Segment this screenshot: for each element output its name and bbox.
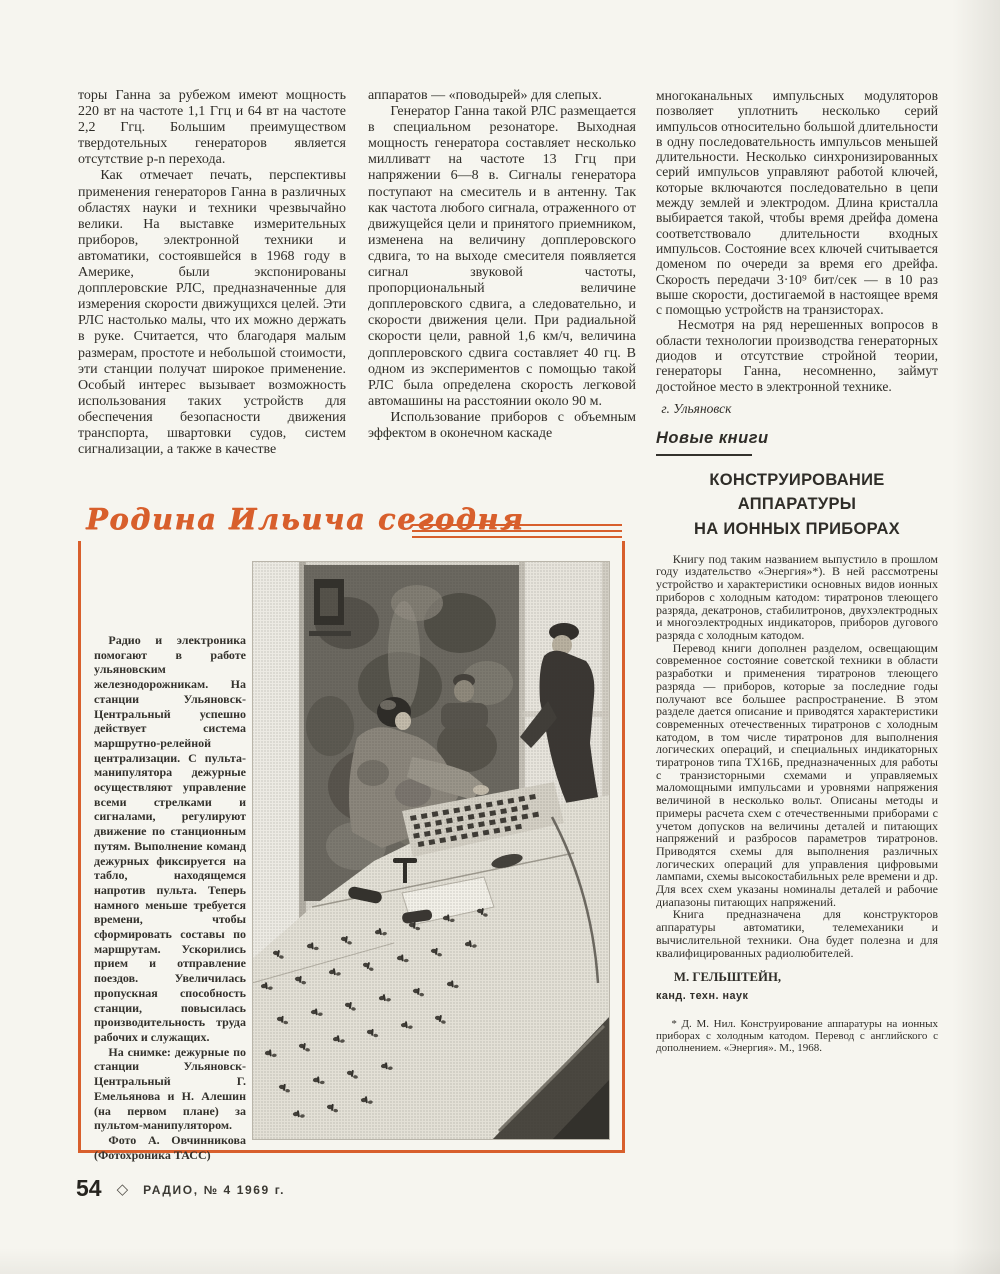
- review-author-degree: канд. техн. наук: [656, 989, 938, 1004]
- paragraph: Несмотря на ряд нерешенных вопросов в об…: [656, 317, 938, 393]
- rule-line: [412, 524, 622, 526]
- article-column-2: аппаратов — «поводырей» для слепых. Гене…: [368, 88, 636, 442]
- book-review-title: КОНСТРУИРОВАНИЕ АППАРАТУРЫ НА ИОННЫХ ПРИ…: [656, 468, 938, 542]
- headline-rules: [412, 524, 622, 542]
- scan-bottom-shading: [0, 1248, 1000, 1274]
- page-number: 54: [76, 1175, 102, 1202]
- station-control-room-photo: [252, 561, 610, 1140]
- paragraph: Перевод книги дополнен разделом, освещаю…: [656, 642, 938, 909]
- paragraph: Генератор Ганна такой РЛС размещается в …: [368, 104, 636, 410]
- review-author: М. ГЕЛЬШТЕЙН,: [656, 970, 938, 985]
- page-footer: 54 ◇ РАДИО, № 4 1969 г.: [76, 1175, 285, 1202]
- paragraph: Использование приборов с объемным эффект…: [368, 410, 636, 442]
- article-column-3: многоканальных импульсных модуляторов по…: [656, 88, 938, 1054]
- diamond-icon: ◇: [117, 1180, 129, 1199]
- paragraph: Книга предназначена для конструкторов ап…: [656, 908, 938, 959]
- photo-caption: Радио и электроника помогают в работе ул…: [94, 633, 246, 1162]
- rule-line: [412, 530, 622, 532]
- caption-paragraph: На снимке: дежурные по станции Ульяновск…: [94, 1045, 246, 1133]
- book-review-body: Книгу под таким названием выпустило в пр…: [656, 553, 938, 960]
- book-review-title-line1: КОНСТРУИРОВАНИЕ АППАРАТУРЫ: [656, 468, 938, 518]
- book-review-title-line2: НА ИОННЫХ ПРИБОРАХ: [656, 517, 938, 542]
- book-footnote: * Д. М. Нил. Конструирование аппаратуры …: [656, 1018, 938, 1054]
- scan-edge-shading: [952, 0, 1000, 1274]
- caption-paragraph: Фото А. Овчинникова (Фотохроника ТАСС): [94, 1133, 246, 1162]
- paragraph: многоканальных импульсных модуляторов по…: [656, 88, 938, 317]
- rule-line: [412, 536, 622, 538]
- article-column-1: торы Ганна за рубежом имеют мощность 220…: [78, 88, 346, 458]
- paragraph: Книгу под таким названием выпустило в пр…: [656, 553, 938, 642]
- magazine-page: торы Ганна за рубежом имеют мощность 220…: [0, 0, 1000, 1274]
- paragraph: торы Ганна за рубежом имеют мощность 220…: [78, 88, 346, 168]
- journal-issue-label: РАДИО, № 4 1969 г.: [143, 1183, 285, 1197]
- photo-illustration: [252, 561, 610, 1140]
- paragraph: Как отмечает печать, перспективы примене…: [78, 168, 346, 458]
- new-books-rubric: Новые книги: [656, 431, 938, 446]
- paragraph: аппаратов — «поводырей» для слепых.: [368, 88, 636, 104]
- caption-paragraph: Радио и электроника помогают в работе ул…: [94, 633, 246, 1045]
- rubric-rule: [656, 454, 752, 456]
- byline-city: г. Ульяновск: [656, 401, 938, 416]
